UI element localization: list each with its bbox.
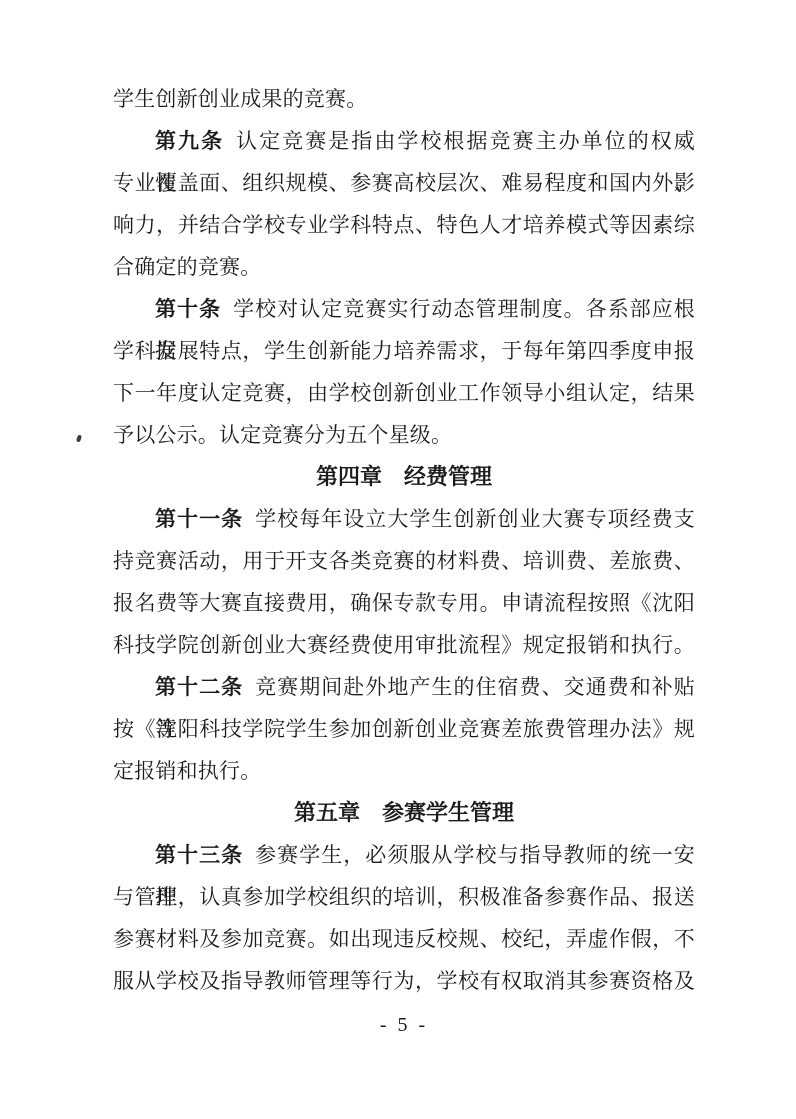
document-page: 学生创新创业成果的竞赛。 第九条认定竞赛是指由学校根据竞赛主办单位的权威性、 专… [0, 0, 796, 1119]
article-10-first-line: 第十条学校对认定竞赛实行动态管理制度。各系部应根据 [113, 288, 695, 330]
body-text-line: 服从学校及指导教师管理等行为，学校有权取消其参赛资格及 [113, 960, 695, 1002]
scan-speck-artifact [76, 435, 82, 443]
body-text-line: 按《沈阳科技学院学生参加创新创业竞赛差旅费管理办法》规 [113, 708, 695, 750]
body-text-line: 与管理，认真参加学校组织的培训，积极准备参赛作品、报送 [113, 876, 695, 918]
article-10-number: 第十条 [155, 297, 221, 321]
body-text-line: 予以公示。认定竞赛分为五个星级。 [113, 414, 695, 456]
page-number: - 5 - [113, 1004, 695, 1046]
body-text-line: 合确定的竞赛。 [113, 246, 695, 288]
chapter-5-heading: 第五章 参赛学生管理 [113, 792, 695, 834]
article-11-number: 第十一条 [155, 507, 243, 531]
body-text-line: 参赛材料及参加竞赛。如出现违反校规、校纪，弄虚作假，不 [113, 918, 695, 960]
body-text-line: 报名费等大赛直接费用，确保专款专用。申请流程按照《沈阳 [113, 582, 695, 624]
article-11-first-line: 第十一条学校每年设立大学生创新创业大赛专项经费支 [113, 498, 695, 540]
body-text-line: 科技学院创新创业大赛经费使用审批流程》规定报销和执行。 [113, 624, 695, 666]
article-9-first-line: 第九条认定竞赛是指由学校根据竞赛主办单位的权威性、 [113, 120, 695, 162]
article-9-number: 第九条 [155, 129, 224, 153]
article-12-number: 第十二条 [155, 675, 243, 699]
article-12-first-line: 第十二条竞赛期间赴外地产生的住宿费、交通费和补贴等 [113, 666, 695, 708]
body-text-line: 下一年度认定竞赛，由学校创新创业工作领导小组认定，结果 [113, 372, 695, 414]
body-text-line: 学生创新创业成果的竞赛。 [113, 78, 695, 120]
body-text-line: 持竞赛活动，用于开支各类竞赛的材料费、培训费、差旅费、 [113, 540, 695, 582]
body-text-line: 定报销和执行。 [113, 750, 695, 792]
article-11-text: 学校每年设立大学生创新创业大赛专项经费支 [255, 507, 695, 531]
chapter-4-heading: 第四章 经费管理 [113, 456, 695, 498]
article-13-first-line: 第十三条参赛学生，必须服从学校与指导教师的统一安排 [113, 834, 695, 876]
body-text-line: 专业覆盖面、组织规模、参赛高校层次、难易程度和国内外影 [113, 162, 695, 204]
article-13-number: 第十三条 [155, 843, 243, 867]
document-content: 学生创新创业成果的竞赛。 第九条认定竞赛是指由学校根据竞赛主办单位的权威性、 专… [113, 78, 695, 1046]
body-text-line: 响力，并结合学校专业学科特点、特色人才培养模式等因素综 [113, 204, 695, 246]
body-text-line: 学科发展特点，学生创新能力培养需求，于每年第四季度申报 [113, 330, 695, 372]
